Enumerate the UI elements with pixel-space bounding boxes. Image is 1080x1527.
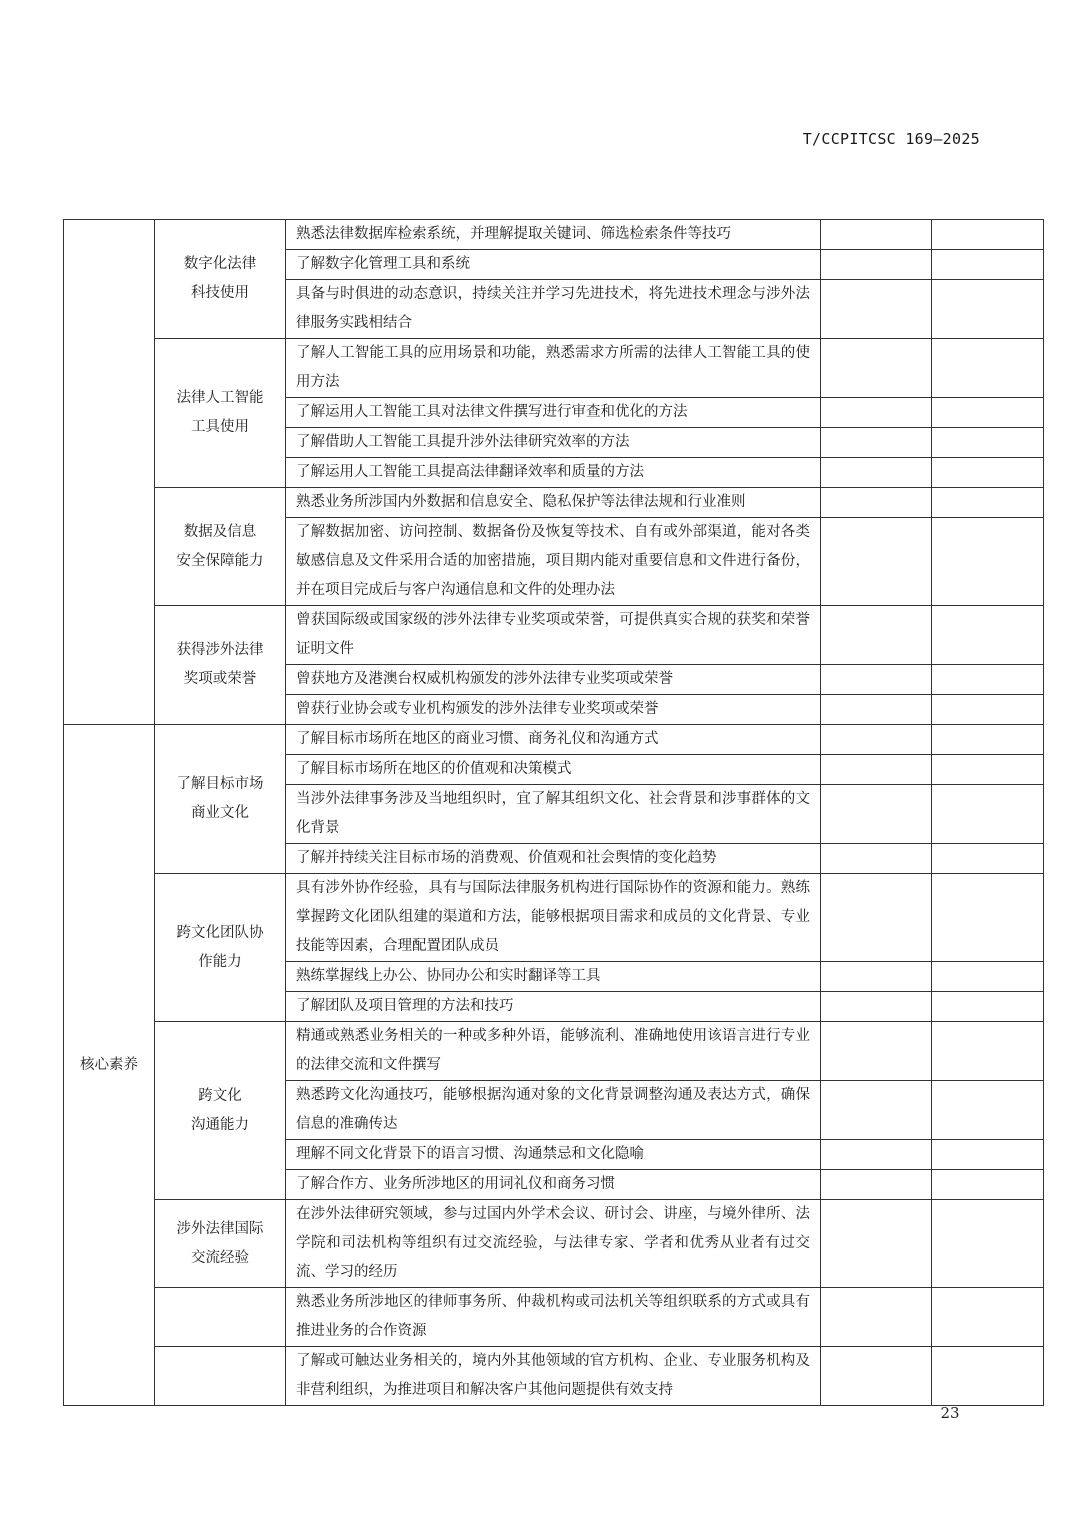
requirement-description: 了解借助人工智能工具提升涉外法律研究效率的方法 bbox=[286, 428, 821, 458]
subitem-cell: 数据及信息安全保障能力 bbox=[155, 488, 286, 606]
assessment-cell-1 bbox=[821, 755, 932, 785]
requirement-description: 了解运用人工智能工具提高法律翻译效率和质量的方法 bbox=[286, 458, 821, 488]
requirement-description: 熟练掌握线上办公、协同办公和实时翻译等工具 bbox=[286, 962, 821, 992]
assessment-cell-2 bbox=[932, 962, 1044, 992]
assessment-cell-2 bbox=[932, 1170, 1044, 1200]
assessment-cell-2 bbox=[932, 844, 1044, 874]
requirement-description: 熟悉业务所涉国内外数据和信息安全、隐私保护等法律法规和行业准则 bbox=[286, 488, 821, 518]
subitem-cell: 了解目标市场商业文化 bbox=[155, 725, 286, 874]
category-cell bbox=[64, 220, 155, 725]
assessment-cell-1 bbox=[821, 992, 932, 1022]
requirement-description: 熟悉法律数据库检索系统，并理解提取关键词、筛选检索条件等技巧 bbox=[286, 220, 821, 250]
assessment-cell-1 bbox=[821, 250, 932, 280]
assessment-cell-1 bbox=[821, 1347, 932, 1406]
assessment-cell-2 bbox=[932, 1022, 1044, 1081]
assessment-cell-2 bbox=[932, 665, 1044, 695]
requirement-description: 熟悉业务所涉地区的律师事务所、仲裁机构或司法机关等组织联系的方式或具有推进业务的… bbox=[286, 1288, 821, 1347]
subitem-label-line: 数字化法律 bbox=[155, 250, 285, 279]
requirement-description: 了解运用人工智能工具对法律文件撰写进行审查和优化的方法 bbox=[286, 398, 821, 428]
assessment-cell-1 bbox=[821, 398, 932, 428]
subitem-label-line: 交流经验 bbox=[155, 1244, 285, 1273]
subitem-cell: 法律人工智能工具使用 bbox=[155, 339, 286, 488]
assessment-cell-1 bbox=[821, 962, 932, 992]
requirement-description: 在涉外法律研究领域，参与过国内外学术会议、研讨会、讲座，与境外律所、法学院和司法… bbox=[286, 1200, 821, 1288]
table-row: 跨文化团队协作能力具有涉外协作经验，具有与国际法律服务机构进行国际协作的资源和能… bbox=[64, 874, 1044, 962]
assessment-cell-2 bbox=[932, 695, 1044, 725]
table-row: 涉外法律国际交流经验在涉外法律研究领域，参与过国内外学术会议、研讨会、讲座，与境… bbox=[64, 1200, 1044, 1288]
assessment-cell-2 bbox=[932, 725, 1044, 755]
assessment-cell-2 bbox=[932, 428, 1044, 458]
subitem-label-line: 了解目标市场 bbox=[155, 770, 285, 799]
requirement-description: 了解数字化管理工具和系统 bbox=[286, 250, 821, 280]
requirement-description: 了解并持续关注目标市场的消费观、价值观和社会舆情的变化趋势 bbox=[286, 844, 821, 874]
subitem-label-line: 跨文化团队协 bbox=[155, 919, 285, 948]
assessment-cell-1 bbox=[821, 220, 932, 250]
category-cell: 核心素养 bbox=[64, 725, 155, 1406]
requirement-description: 了解目标市场所在地区的价值观和决策模式 bbox=[286, 755, 821, 785]
assessment-cell-2 bbox=[932, 339, 1044, 398]
requirement-description: 了解或可触达业务相关的，境内外其他领域的官方机构、企业、专业服务机构及非营利组织… bbox=[286, 1347, 821, 1406]
table-row: 获得涉外法律奖项或荣誉曾获国际级或国家级的涉外法律专业奖项或荣誉，可提供真实合规… bbox=[64, 606, 1044, 665]
assessment-cell-1 bbox=[821, 1022, 932, 1081]
assessment-cell-1 bbox=[821, 785, 932, 844]
table-row: 跨文化沟通能力精通或熟悉业务相关的一种或多种外语，能够流利、准确地使用该语言进行… bbox=[64, 1022, 1044, 1081]
assessment-cell-2 bbox=[932, 1288, 1044, 1347]
subitem-cell bbox=[155, 1347, 286, 1406]
subitem-label-line: 奖项或荣誉 bbox=[155, 665, 285, 694]
assessment-cell-1 bbox=[821, 280, 932, 339]
requirement-description: 了解目标市场所在地区的商业习惯、商务礼仪和沟通方式 bbox=[286, 725, 821, 755]
assessment-cell-2 bbox=[932, 874, 1044, 962]
assessment-cell-2 bbox=[932, 280, 1044, 339]
subitem-label-line: 法律人工智能 bbox=[155, 384, 285, 413]
requirement-description: 熟悉跨文化沟通技巧，能够根据沟通对象的文化背景调整沟通及表达方式，确保信息的准确… bbox=[286, 1081, 821, 1140]
assessment-cell-1 bbox=[821, 518, 932, 606]
assessment-cell-2 bbox=[932, 606, 1044, 665]
assessment-cell-1 bbox=[821, 665, 932, 695]
requirement-description: 当涉外法律事务涉及当地组织时，宜了解其组织文化、社会背景和涉事群体的文化背景 bbox=[286, 785, 821, 844]
subitem-cell: 数字化法律科技使用 bbox=[155, 220, 286, 339]
subitem-label-line: 跨文化 bbox=[155, 1082, 285, 1111]
table-row: 法律人工智能工具使用了解人工智能工具的应用场景和功能，熟悉需求方所需的法律人工智… bbox=[64, 339, 1044, 398]
assessment-cell-1 bbox=[821, 339, 932, 398]
table-row: 核心素养了解目标市场商业文化了解目标市场所在地区的商业习惯、商务礼仪和沟通方式 bbox=[64, 725, 1044, 755]
requirement-description: 了解团队及项目管理的方法和技巧 bbox=[286, 992, 821, 1022]
requirement-description: 曾获国际级或国家级的涉外法律专业奖项或荣誉，可提供真实合规的获奖和荣誉证明文件 bbox=[286, 606, 821, 665]
subitem-cell: 获得涉外法律奖项或荣誉 bbox=[155, 606, 286, 725]
requirement-description: 具备与时俱进的动态意识，持续关注并学习先进技术，将先进技术理念与涉外法律服务实践… bbox=[286, 280, 821, 339]
subitem-label-line: 沟通能力 bbox=[155, 1111, 285, 1140]
assessment-cell-1 bbox=[821, 458, 932, 488]
requirement-description: 具有涉外协作经验，具有与国际法律服务机构进行国际协作的资源和能力。熟练掌握跨文化… bbox=[286, 874, 821, 962]
assessment-cell-1 bbox=[821, 1170, 932, 1200]
page-number: 23 bbox=[930, 1404, 970, 1422]
requirement-description: 曾获地方及港澳台权威机构颁发的涉外法律专业奖项或荣誉 bbox=[286, 665, 821, 695]
document-code-header: T/CCPITCSC 169—2025 bbox=[790, 130, 980, 148]
assessment-cell-2 bbox=[932, 220, 1044, 250]
subitem-label-line: 涉外法律国际 bbox=[155, 1215, 285, 1244]
assessment-cell-1 bbox=[821, 606, 932, 665]
table-row: 熟悉业务所涉地区的律师事务所、仲裁机构或司法机关等组织联系的方式或具有推进业务的… bbox=[64, 1288, 1044, 1347]
table-row: 数字化法律科技使用熟悉法律数据库检索系统，并理解提取关键词、筛选检索条件等技巧 bbox=[64, 220, 1044, 250]
assessment-cell-1 bbox=[821, 695, 932, 725]
assessment-cell-2 bbox=[932, 1347, 1044, 1406]
assessment-cell-2 bbox=[932, 755, 1044, 785]
requirement-description: 了解人工智能工具的应用场景和功能，熟悉需求方所需的法律人工智能工具的使用方法 bbox=[286, 339, 821, 398]
assessment-cell-2 bbox=[932, 458, 1044, 488]
assessment-cell-1 bbox=[821, 1081, 932, 1140]
subitem-cell bbox=[155, 1288, 286, 1347]
assessment-cell-2 bbox=[932, 518, 1044, 606]
subitem-label-line: 商业文化 bbox=[155, 799, 285, 828]
assessment-cell-2 bbox=[932, 992, 1044, 1022]
assessment-cell-2 bbox=[932, 1200, 1044, 1288]
assessment-cell-2 bbox=[932, 488, 1044, 518]
competency-table: 数字化法律科技使用熟悉法律数据库检索系统，并理解提取关键词、筛选检索条件等技巧了… bbox=[63, 219, 1044, 1406]
assessment-cell-1 bbox=[821, 1140, 932, 1170]
requirement-description: 理解不同文化背景下的语言习惯、沟通禁忌和文化隐喻 bbox=[286, 1140, 821, 1170]
subitem-label-line: 数据及信息 bbox=[155, 518, 285, 547]
requirement-description: 了解数据加密、访问控制、数据备份及恢复等技术、自有或外部渠道，能对各类敏感信息及… bbox=[286, 518, 821, 606]
requirement-description: 曾获行业协会或专业机构颁发的涉外法律专业奖项或荣誉 bbox=[286, 695, 821, 725]
subitem-label-line: 工具使用 bbox=[155, 413, 285, 442]
table-body: 数字化法律科技使用熟悉法律数据库检索系统，并理解提取关键词、筛选检索条件等技巧了… bbox=[64, 220, 1044, 1406]
requirement-description: 精通或熟悉业务相关的一种或多种外语，能够流利、准确地使用该语言进行专业的法律交流… bbox=[286, 1022, 821, 1081]
table-row: 了解或可触达业务相关的，境内外其他领域的官方机构、企业、专业服务机构及非营利组织… bbox=[64, 1347, 1044, 1406]
assessment-cell-2 bbox=[932, 785, 1044, 844]
assessment-cell-2 bbox=[932, 1140, 1044, 1170]
subitem-cell: 跨文化沟通能力 bbox=[155, 1022, 286, 1200]
assessment-cell-1 bbox=[821, 428, 932, 458]
assessment-cell-1 bbox=[821, 1288, 932, 1347]
assessment-cell-1 bbox=[821, 725, 932, 755]
requirement-description: 了解合作方、业务所涉地区的用词礼仪和商务习惯 bbox=[286, 1170, 821, 1200]
assessment-cell-1 bbox=[821, 874, 932, 962]
assessment-cell-1 bbox=[821, 1200, 932, 1288]
assessment-cell-1 bbox=[821, 488, 932, 518]
subitem-label-line: 安全保障能力 bbox=[155, 547, 285, 576]
subitem-label-line: 科技使用 bbox=[155, 279, 285, 308]
subitem-cell: 跨文化团队协作能力 bbox=[155, 874, 286, 1022]
assessment-cell-2 bbox=[932, 398, 1044, 428]
assessment-cell-2 bbox=[932, 250, 1044, 280]
table-row: 数据及信息安全保障能力熟悉业务所涉国内外数据和信息安全、隐私保护等法律法规和行业… bbox=[64, 488, 1044, 518]
subitem-cell: 涉外法律国际交流经验 bbox=[155, 1200, 286, 1288]
assessment-cell-2 bbox=[932, 1081, 1044, 1140]
subitem-label-line: 获得涉外法律 bbox=[155, 636, 285, 665]
subitem-label-line: 作能力 bbox=[155, 948, 285, 977]
assessment-cell-1 bbox=[821, 844, 932, 874]
